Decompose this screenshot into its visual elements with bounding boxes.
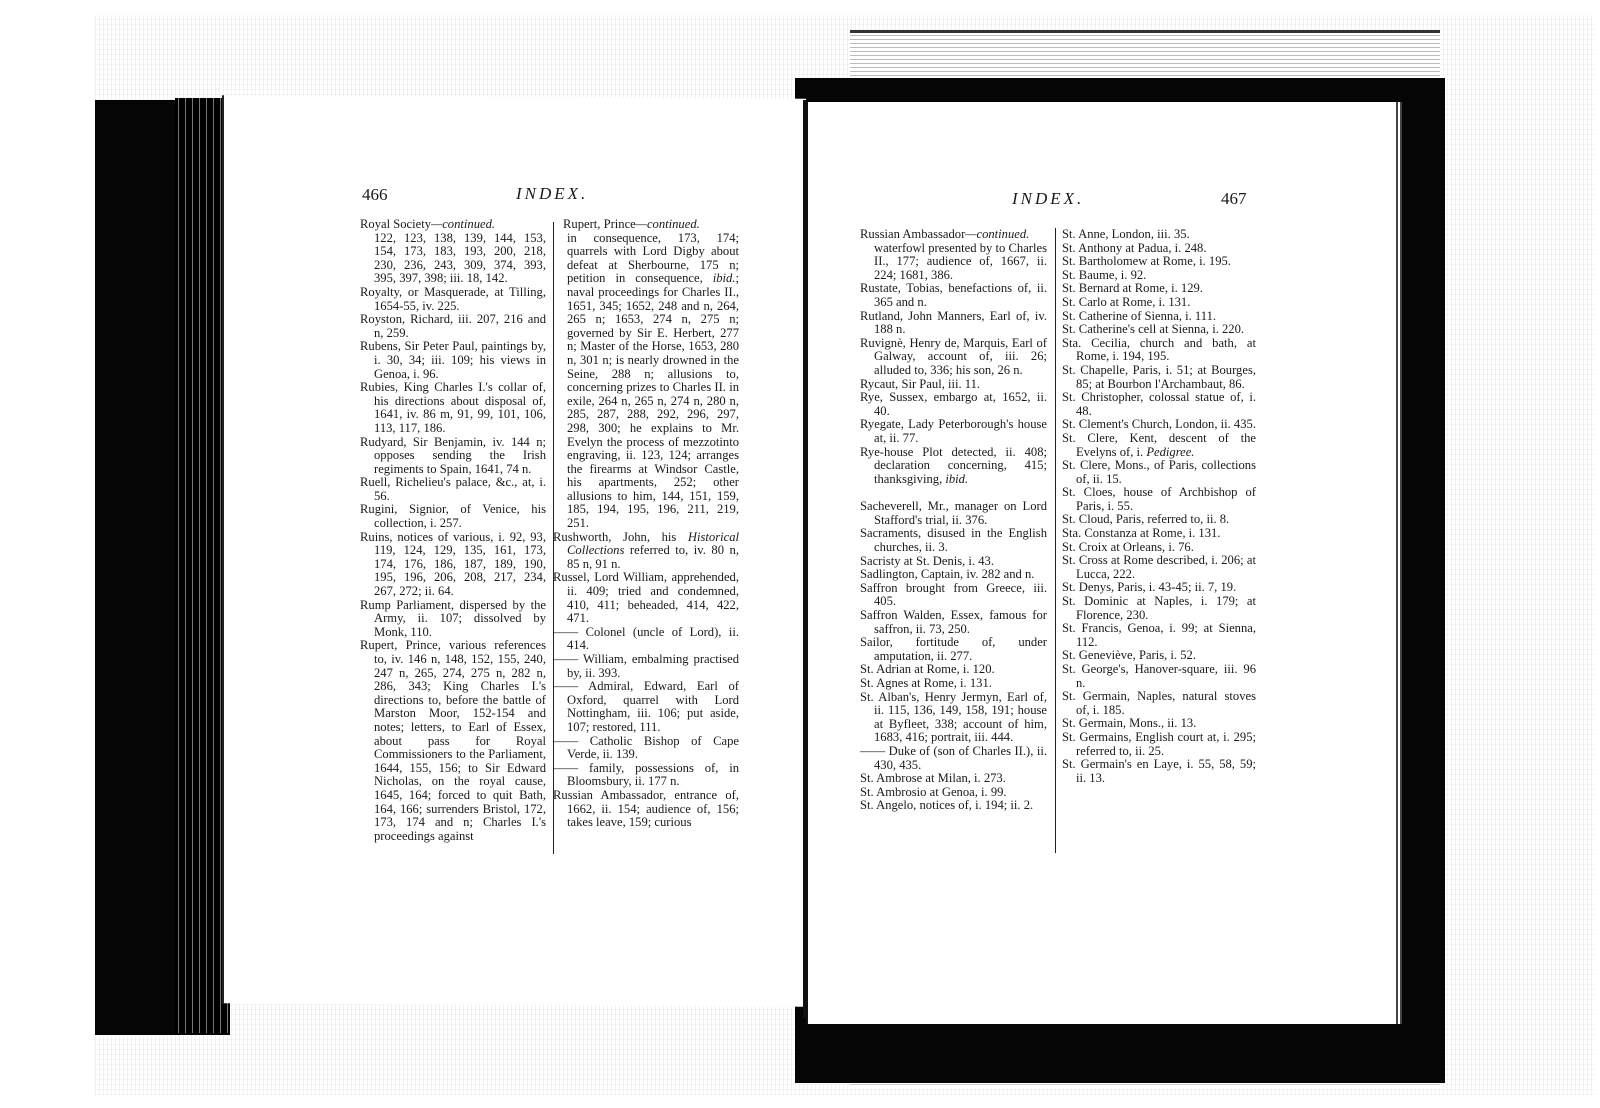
- index-entry: —— Catholic Bishop of Cape Verde, ii. 13…: [553, 735, 739, 762]
- right-running-head: INDEX.: [1012, 189, 1084, 209]
- right-page-number: 467: [1221, 189, 1247, 209]
- index-entry: St. Denys, Paris, i. 43-45; ii. 7, 19.: [1062, 581, 1256, 595]
- index-entry: —— Duke of (son of Charles II.), ii. 430…: [860, 745, 1047, 772]
- index-entry: Sacristy at St. Denis, i. 43.: [860, 555, 1047, 569]
- index-entries: Russel, Lord William, apprehended, ii. 4…: [553, 571, 739, 829]
- index-entry: —— Colonel (uncle of Lord), ii. 414.: [553, 626, 739, 653]
- index-entry: St. Bartholomew at Rome, i. 195.: [1062, 255, 1256, 269]
- index-entry: Royston, Richard, iii. 207, 216 and n, 2…: [360, 313, 546, 340]
- index-entry: Rubies, King Charles I.'s collar of, his…: [360, 381, 546, 435]
- index-entry: Saffron brought from Greece, iii. 405.: [860, 582, 1047, 609]
- index-entry: Sta. Constanza at Rome, i. 131.: [1062, 527, 1256, 541]
- left-page-column-1: Royal Society—continued. 122, 123, 138, …: [360, 218, 546, 843]
- letter-section-gap: [860, 486, 1047, 500]
- index-entry: Sacheverell, Mr., manager on Lord Staffo…: [860, 500, 1047, 527]
- index-entries-s: Sacheverell, Mr., manager on Lord Staffo…: [860, 500, 1047, 813]
- index-entry: St. Francis, Genoa, i. 99; at Sienna, 11…: [1062, 622, 1256, 649]
- index-entry: St. Adrian at Rome, i. 120.: [860, 663, 1047, 677]
- continued-heading: Royal Society—continued.: [360, 218, 546, 232]
- index-entry: Rye, Sussex, embargo at, 1652, ii. 40.: [860, 391, 1047, 418]
- index-entry: St. Carlo at Rome, i. 131.: [1062, 296, 1256, 310]
- index-entry: Russian Ambassador, entrance of, 1662, i…: [553, 789, 739, 830]
- index-entry: Rupert, Prince, various references to, i…: [360, 639, 546, 843]
- index-entry: Rutland, John Manners, Earl of, iv. 188 …: [860, 310, 1047, 337]
- index-entry: Ruins, notices of various, i. 92, 93, 11…: [360, 531, 546, 599]
- index-entry: Rustate, Tobias, benefactions of, ii. 36…: [860, 282, 1047, 309]
- index-entries: Royalty, or Masquerade, at Tilling, 1654…: [360, 286, 546, 843]
- index-entry-rye-house-plot: Rye-house Plot detected, ii. 408; declar…: [860, 446, 1047, 487]
- index-entry: St. Anne, London, iii. 35.: [1062, 228, 1256, 242]
- index-entry: Russel, Lord William, apprehended, ii. 4…: [553, 571, 739, 625]
- index-entries-b: St. Clere, Mons., of Paris, collections …: [1062, 459, 1256, 785]
- index-entry: Sacraments, disused in the English churc…: [860, 527, 1047, 554]
- index-entry: St. Germains, English court at, i. 295; …: [1062, 731, 1256, 758]
- index-entry: Sta. Cecilia, church and bath, at Rome, …: [1062, 337, 1256, 364]
- index-entry: St. Geneviève, Paris, i. 52.: [1062, 649, 1256, 663]
- index-entry: Royalty, or Masquerade, at Tilling, 1654…: [360, 286, 546, 313]
- index-entry: Ruell, Richelieu's palace, &c., at, i. 5…: [360, 476, 546, 503]
- index-entry: St. Anthony at Padua, i. 248.: [1062, 242, 1256, 256]
- continued-heading: Rupert, Prince—continued.: [553, 218, 739, 232]
- index-entry: St. Ambrosio at Genoa, i. 99.: [860, 786, 1047, 800]
- left-running-head: INDEX.: [516, 184, 588, 204]
- index-entry: Rump Parliament, dispersed by the Army, …: [360, 599, 546, 640]
- index-entry: St. Germain's en Laye, i. 55, 58, 59; ii…: [1062, 758, 1256, 785]
- index-entry: Sailor, fortitude of, under amputation, …: [860, 636, 1047, 663]
- index-entry: St. Christopher, colossal statue of, i. …: [1062, 391, 1256, 418]
- continued-text: 122, 123, 138, 139, 144, 153, 154, 173, …: [360, 232, 546, 286]
- index-entries-a: St. Anne, London, iii. 35.St. Anthony at…: [1062, 228, 1256, 432]
- index-entry: Saffron Walden, Essex, famous for saffro…: [860, 609, 1047, 636]
- index-entry: St. Agnes at Rome, i. 131.: [860, 677, 1047, 691]
- index-entry: Ruvignè, Henry de, Marquis, Earl of Galw…: [860, 337, 1047, 378]
- right-page-column-2: St. Anne, London, iii. 35.St. Anthony at…: [1062, 228, 1256, 785]
- index-entry: St. Croix at Orleans, i. 76.: [1062, 541, 1256, 555]
- index-entry-rushworth: Rushworth, John, his Historical Collecti…: [553, 531, 739, 572]
- index-entry: St. Dominic at Naples, i. 179; at Floren…: [1062, 595, 1256, 622]
- index-entry: St. Cloud, Paris, referred to, ii. 8.: [1062, 513, 1256, 527]
- index-entry: St. Alban's, Henry Jermyn, Earl of, ii. …: [860, 691, 1047, 745]
- index-entry: —— family, possessions of, in Bloomsbury…: [553, 762, 739, 789]
- continued-text: in consequence, 173, 174; quarrels with …: [553, 232, 739, 531]
- continued-heading: Russian Ambassador—continued.: [860, 228, 1047, 242]
- index-entry: St. Baume, i. 92.: [1062, 269, 1256, 283]
- index-entry: St. Ambrose at Milan, i. 273.: [860, 772, 1047, 786]
- right-page-column-1: Russian Ambassador—continued. waterfowl …: [860, 228, 1047, 813]
- continued-text: waterfowl presented by to Charles II., 1…: [860, 242, 1047, 283]
- index-entries-r: Rustate, Tobias, benefactions of, ii. 36…: [860, 282, 1047, 445]
- index-entry: St. Catherine's cell at Sienna, i. 220.: [1062, 323, 1256, 337]
- column-rule: [1055, 228, 1056, 853]
- index-entry: St. Catherine of Sienna, i. 111.: [1062, 310, 1256, 324]
- index-entry: St. Germain, Mons., ii. 13.: [1062, 717, 1256, 731]
- index-entry: St. Clere, Mons., of Paris, collections …: [1062, 459, 1256, 486]
- index-entry: St. Clement's Church, London, ii. 435.: [1062, 418, 1256, 432]
- index-entry: Rugini, Signior, of Venice, his collecti…: [360, 503, 546, 530]
- index-entry: St. Angelo, notices of, i. 194; ii. 2.: [860, 799, 1047, 813]
- index-entry: —— William, embalming practised by, ii. …: [553, 653, 739, 680]
- index-entry: Rycaut, Sir Paul, iii. 11.: [860, 378, 1047, 392]
- index-entry: St. Cross at Rome described, i. 206; at …: [1062, 554, 1256, 581]
- index-entry: St. George's, Hanover-square, iii. 96 n.: [1062, 663, 1256, 690]
- index-entry: Rudyard, Sir Benjamin, iv. 144 n; oppose…: [360, 436, 546, 477]
- index-entry: St. Germain, Naples, natural stoves of, …: [1062, 690, 1256, 717]
- index-entry: St. Bernard at Rome, i. 129.: [1062, 282, 1256, 296]
- left-page-column-2: Rupert, Prince—continued. in consequence…: [553, 218, 739, 830]
- index-entry: Rubens, Sir Peter Paul, paintings by, i.…: [360, 340, 546, 381]
- index-entry: St. Chapelle, Paris, i. 51; at Bourges, …: [1062, 364, 1256, 391]
- book-cover-top-flap: [850, 30, 1440, 83]
- index-entry: Ryegate, Lady Peterborough's house at, i…: [860, 418, 1047, 445]
- index-entry: St. Cloes, house of Archbishop of Paris,…: [1062, 486, 1256, 513]
- index-entry-st-clere-kent: St. Clere, Kent, descent of the Evelyns …: [1062, 432, 1256, 459]
- index-entry: Sadlington, Captain, iv. 282 and n.: [860, 568, 1047, 582]
- index-entry: —— Admiral, Edward, Earl of Oxford, quar…: [553, 680, 739, 734]
- left-page-number: 466: [362, 185, 388, 205]
